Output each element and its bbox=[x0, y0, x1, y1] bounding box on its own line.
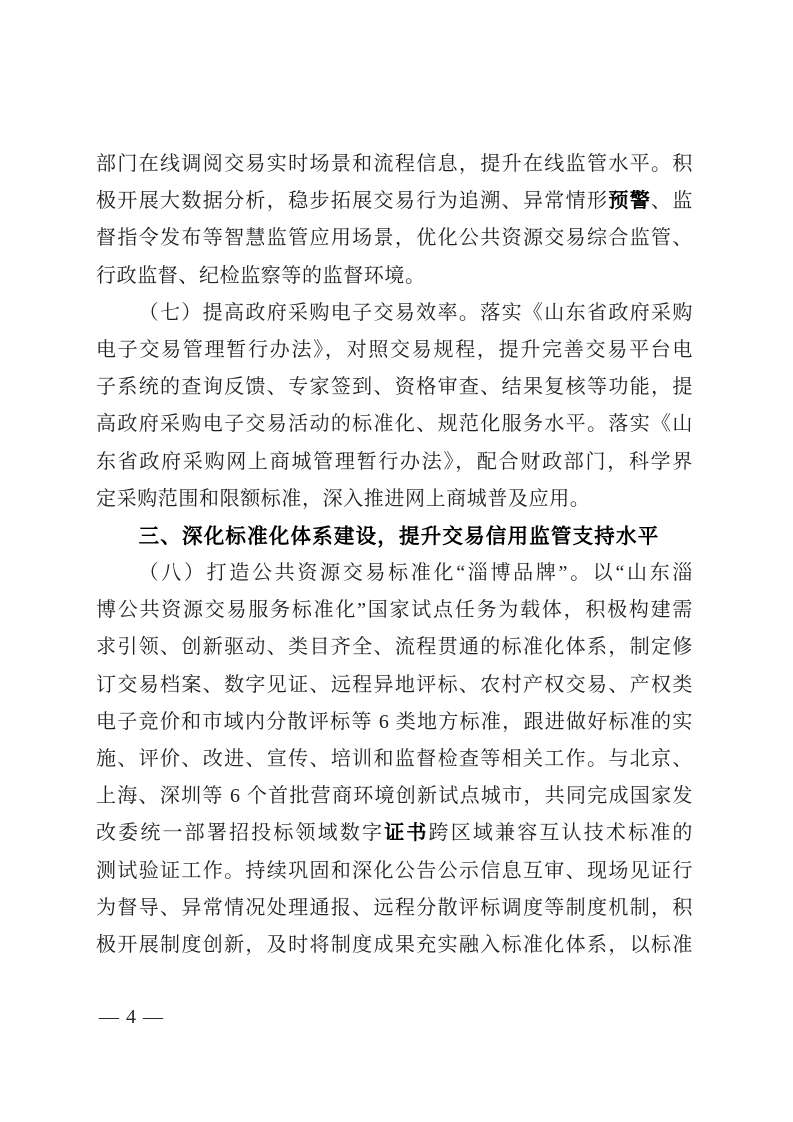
text-segment: 部门在线调阅交易实时场景和流程信息，提升在线监管水平。积 bbox=[96, 153, 693, 175]
text-line: 行政监督、纪检监察等的监督环境。 bbox=[96, 258, 693, 295]
text-line: 极开展制度创新，及时将制度成果充实融入标准化体系，以标准 bbox=[96, 927, 693, 964]
text-segment: 电子竞价和市域内分散评标等 6 类地方标准，跟进做好标准的实 bbox=[96, 711, 693, 733]
text-line: 部门在线调阅交易实时场景和流程信息，提升在线监管水平。积 bbox=[96, 146, 693, 183]
text-line: 求引领、创新驱动、类目齐全、流程贯通的标准化体系，制定修 bbox=[96, 629, 693, 666]
text-line: 督指令发布等智慧监管应用场景，优化公共资源交易综合监管、 bbox=[96, 220, 693, 257]
text-line: 电子交易管理暂行办法》，对照交易规程，提升完善交易平台电 bbox=[96, 332, 693, 369]
text-line: 极开展大数据分析，稳步拓展交易行为追溯、异常情形预警、监 bbox=[96, 183, 693, 220]
section-heading-3: 三、深化标准化体系建设，提升交易信用监管支持水平 bbox=[96, 518, 693, 555]
text-segment: 极开展制度创新，及时将制度成果充实融入标准化体系，以标准 bbox=[96, 934, 693, 956]
emphasis-text: 预警 bbox=[608, 190, 651, 212]
text-segment: 施、评价、改进、宣传、培训和监督检查等相关工作。与北京、 bbox=[96, 748, 693, 770]
text-segment: 改委统一部署招投标领域数字 bbox=[96, 822, 384, 844]
text-segment: 测试验证工作。持续巩固和深化公告公示信息互审、现场见证行 bbox=[96, 860, 693, 882]
text-segment: 督指令发布等智慧监管应用场景，优化公共资源交易综合监管、 bbox=[96, 227, 693, 249]
text-line: 测试验证工作。持续巩固和深化公告公示信息互审、现场见证行 bbox=[96, 853, 693, 890]
text-segment: 跨区域兼容互认技术标准的 bbox=[429, 822, 693, 844]
text-line: 定采购范围和限额标准，深入推进网上商城普及应用。 bbox=[96, 481, 693, 518]
text-segment: 定采购范围和限额标准，深入推进网上商城普及应用。 bbox=[96, 488, 590, 510]
heading-line: 三、深化标准化体系建设，提升交易信用监管支持水平 bbox=[96, 518, 693, 555]
text-segment: 为督导、异常情况处理通报、远程分散评标调度等制度机制，积 bbox=[96, 897, 693, 919]
text-segment: 东省政府采购网上商城管理暂行办法》，配合财政部门，科学界 bbox=[96, 451, 693, 473]
paragraph-item-8: （八）打造公共资源交易标准化“淄博品牌”。以“山东淄博公共资源交易服务标准化”国… bbox=[96, 555, 693, 964]
text-line: （八）打造公共资源交易标准化“淄博品牌”。以“山东淄 bbox=[96, 555, 693, 592]
text-line: 施、评价、改进、宣传、培训和监督检查等相关工作。与北京、 bbox=[96, 741, 693, 778]
text-line: （七）提高政府采购电子交易效率。落实《山东省政府采购 bbox=[96, 295, 693, 332]
text-line: 订交易档案、数字见证、远程异地评标、农村产权交易、产权类 bbox=[96, 667, 693, 704]
section-heading-text: 三、深化标准化体系建设，提升交易信用监管支持水平 bbox=[139, 525, 660, 548]
text-line: 东省政府采购网上商城管理暂行办法》，配合财政部门，科学界 bbox=[96, 444, 693, 481]
text-line: 子系统的查询反馈、专家签到、资格审查、结果复核等功能，提 bbox=[96, 369, 693, 406]
text-segment: （七）提高政府采购电子交易效率。落实《山东省政府采购 bbox=[139, 302, 693, 324]
text-line: 博公共资源交易服务标准化”国家试点任务为载体，积极构建需 bbox=[96, 592, 693, 629]
text-line: 高政府采购电子交易活动的标准化、规范化服务水平。落实《山 bbox=[96, 406, 693, 443]
text-segment: 博公共资源交易服务标准化”国家试点任务为载体，积极构建需 bbox=[96, 599, 693, 621]
text-segment: 、监 bbox=[651, 190, 693, 212]
paragraph-continuation: 部门在线调阅交易实时场景和流程信息，提升在线监管水平。积极开展大数据分析，稳步拓… bbox=[96, 146, 693, 295]
paragraph-item-7: （七）提高政府采购电子交易效率。落实《山东省政府采购电子交易管理暂行办法》，对照… bbox=[96, 295, 693, 518]
text-segment: （八）打造公共资源交易标准化“淄博品牌”。以“山东淄 bbox=[139, 562, 693, 584]
text-segment: 极开展大数据分析，稳步拓展交易行为追溯、异常情形 bbox=[96, 190, 608, 212]
text-segment: 子系统的查询反馈、专家签到、资格审查、结果复核等功能，提 bbox=[96, 376, 693, 398]
text-segment: 上海、深圳等 6 个首批营商环境创新试点城市，共同完成国家发 bbox=[96, 785, 693, 807]
text-segment: 电子交易管理暂行办法》，对照交易规程，提升完善交易平台电 bbox=[96, 339, 693, 361]
text-segment: 订交易档案、数字见证、远程异地评标、农村产权交易、产权类 bbox=[96, 674, 693, 696]
document-page: 部门在线调阅交易实时场景和流程信息，提升在线监管水平。积极开展大数据分析，稳步拓… bbox=[0, 0, 793, 1122]
text-line: 为督导、异常情况处理通报、远程分散评标调度等制度机制，积 bbox=[96, 890, 693, 927]
text-line: 上海、深圳等 6 个首批营商环境创新试点城市，共同完成国家发 bbox=[96, 778, 693, 815]
text-segment: 求引领、创新驱动、类目齐全、流程贯通的标准化体系，制定修 bbox=[96, 636, 693, 658]
text-line: 改委统一部署招投标领域数字证书跨区域兼容互认技术标准的 bbox=[96, 815, 693, 852]
emphasis-text: 证书 bbox=[384, 822, 428, 844]
page-number-footer: — 4 — bbox=[99, 1004, 164, 1030]
text-segment: 高政府采购电子交易活动的标准化、规范化服务水平。落实《山 bbox=[96, 413, 693, 435]
document-body: 部门在线调阅交易实时场景和流程信息，提升在线监管水平。积极开展大数据分析，稳步拓… bbox=[96, 146, 693, 964]
text-line: 电子竞价和市域内分散评标等 6 类地方标准，跟进做好标准的实 bbox=[96, 704, 693, 741]
text-segment: 行政监督、纪检监察等的监督环境。 bbox=[96, 265, 426, 287]
